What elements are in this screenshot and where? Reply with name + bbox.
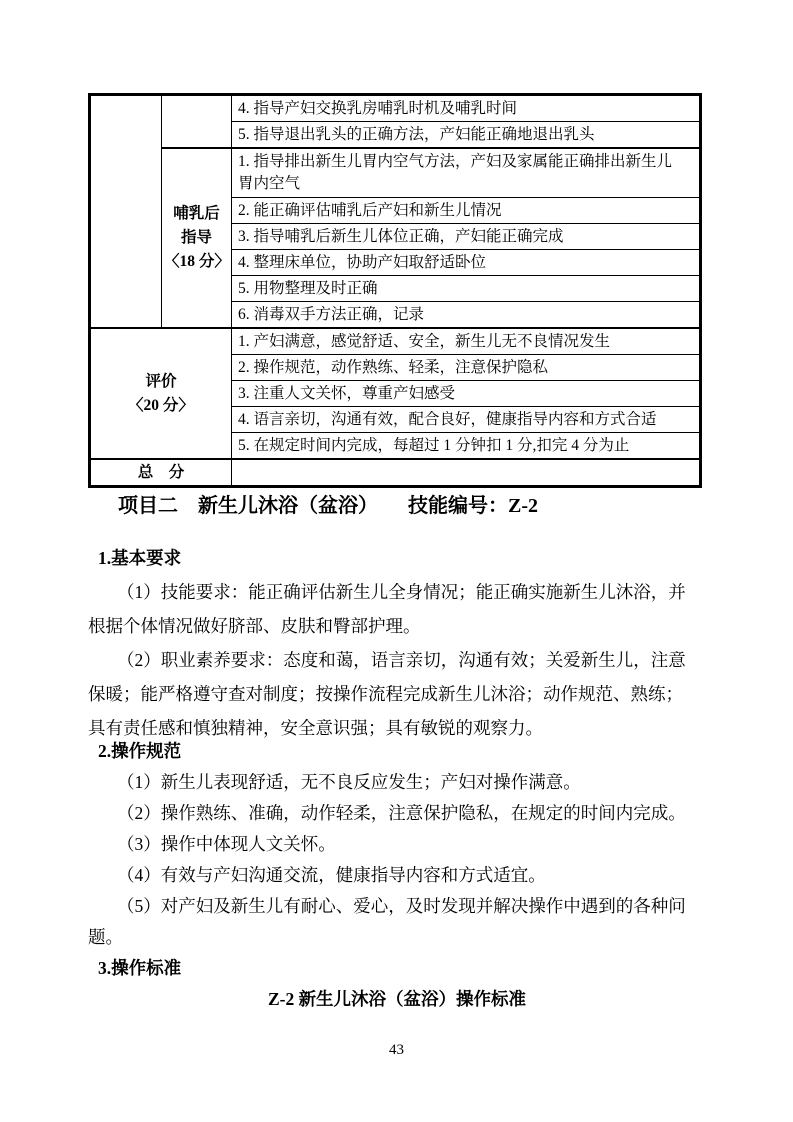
table-subtitle: Z-2 新生儿沐浴（盆浴）操作标准 xyxy=(88,984,706,1015)
paragraph: （3）操作中体现人文关怀。 xyxy=(88,829,706,860)
section-label-cell: 评价 〈20 分〉 xyxy=(91,328,232,459)
page-number: 43 xyxy=(0,1042,793,1059)
score-item-cell: 5. 在规定时间内完成，每超过 1 分钟扣 1 分,扣完 4 分为止 xyxy=(232,433,700,460)
score-item-cell: 1. 产妇满意，感觉舒适、安全，新生儿无不良情况发生 xyxy=(232,328,700,355)
score-table: 4. 指导产妇交换乳房哺乳时机及哺乳时间 5. 指导退出乳头的正确方法，产妇能正… xyxy=(88,93,702,488)
paragraph: （1）技能要求：能正确评估新生儿全身情况；能正确实施新生儿沐浴，并 根据个体情况… xyxy=(88,575,706,643)
table-row: 哺乳后 指导 〈18 分〉 1. 指导排出新生儿胃内空气方法，产妇及家属能正确排… xyxy=(91,148,700,198)
document-body: 项目二 新生儿沐浴（盆浴） 技能编号：Z-2 1.基本要求 （1）技能要求：能正… xyxy=(88,492,706,1015)
score-item-cell: 2. 能正确评估哺乳后产妇和新生儿情况 xyxy=(232,198,700,224)
score-item-cell: 3. 注重人文关怀，尊重产妇感受 xyxy=(232,381,700,407)
paragraph: （2）操作熟练、准确，动作轻柔，注意保护隐私，在规定的时间内完成。 xyxy=(88,798,706,829)
score-item-cell: 5. 用物整理及时正确 xyxy=(232,276,700,302)
score-item-cell: 4. 语言亲切，沟通有效，配合良好，健康指导内容和方式合适 xyxy=(232,407,700,433)
total-score-value-cell xyxy=(232,459,700,486)
paragraph: （1）新生儿表现舒适，无不良反应发生；产妇对操作满意。 xyxy=(88,767,706,798)
section-label-cell: 哺乳后 指导 〈18 分〉 xyxy=(162,148,232,328)
project-title: 项目二 新生儿沐浴（盆浴） 技能编号：Z-2 xyxy=(88,492,706,520)
score-item-cell: 4. 整理床单位，协助产妇取舒适卧位 xyxy=(232,250,700,276)
score-item-cell: 2. 操作规范，动作熟练、轻柔，注意保护隐私 xyxy=(232,355,700,381)
score-item-cell: 4. 指导产妇交换乳房哺乳时机及哺乳时间 xyxy=(232,96,700,122)
table-row: 4. 指导产妇交换乳房哺乳时机及哺乳时间 xyxy=(91,96,700,122)
paragraph: （2）职业素养要求：态度和蔼，语言亲切，沟通有效；关爱新生儿，注意 保暖；能严格… xyxy=(88,643,706,745)
score-item-cell: 6. 消毒双手方法正确，记录 xyxy=(232,302,700,329)
table-row: 评价 〈20 分〉 1. 产妇满意，感觉舒适、安全，新生儿无不良情况发生 xyxy=(91,328,700,355)
score-item-cell: 3. 指导哺乳后新生儿体位正确，产妇能正确完成 xyxy=(232,224,700,250)
category-cell-empty xyxy=(91,96,162,329)
table-row: 总 分 xyxy=(91,459,700,486)
sublabel-cell-empty xyxy=(162,96,232,149)
score-item-cell: 1. 指导排出新生儿胃内空气方法，产妇及家属能正确排出新生儿 胃内空气 xyxy=(232,148,700,198)
paragraph: （4）有效与产妇沟通交流，健康指导内容和方式适宜。 xyxy=(88,860,706,891)
document-page: 4. 指导产妇交换乳房哺乳时机及哺乳时间 5. 指导退出乳头的正确方法，产妇能正… xyxy=(0,0,793,1122)
score-item-cell: 5. 指导退出乳头的正确方法，产妇能正确地退出乳头 xyxy=(232,122,700,149)
section-heading-operation-standard: 3.操作标准 xyxy=(88,953,706,984)
score-table-grid: 4. 指导产妇交换乳房哺乳时机及哺乳时间 5. 指导退出乳头的正确方法，产妇能正… xyxy=(90,95,700,486)
paragraph: （5）对产妇及新生儿有耐心、爱心，及时发现并解决操作中遇到的各种问 题。 xyxy=(88,891,706,953)
total-score-label-cell: 总 分 xyxy=(91,459,232,486)
section-heading-basic-requirements: 1.基本要求 xyxy=(88,542,706,575)
